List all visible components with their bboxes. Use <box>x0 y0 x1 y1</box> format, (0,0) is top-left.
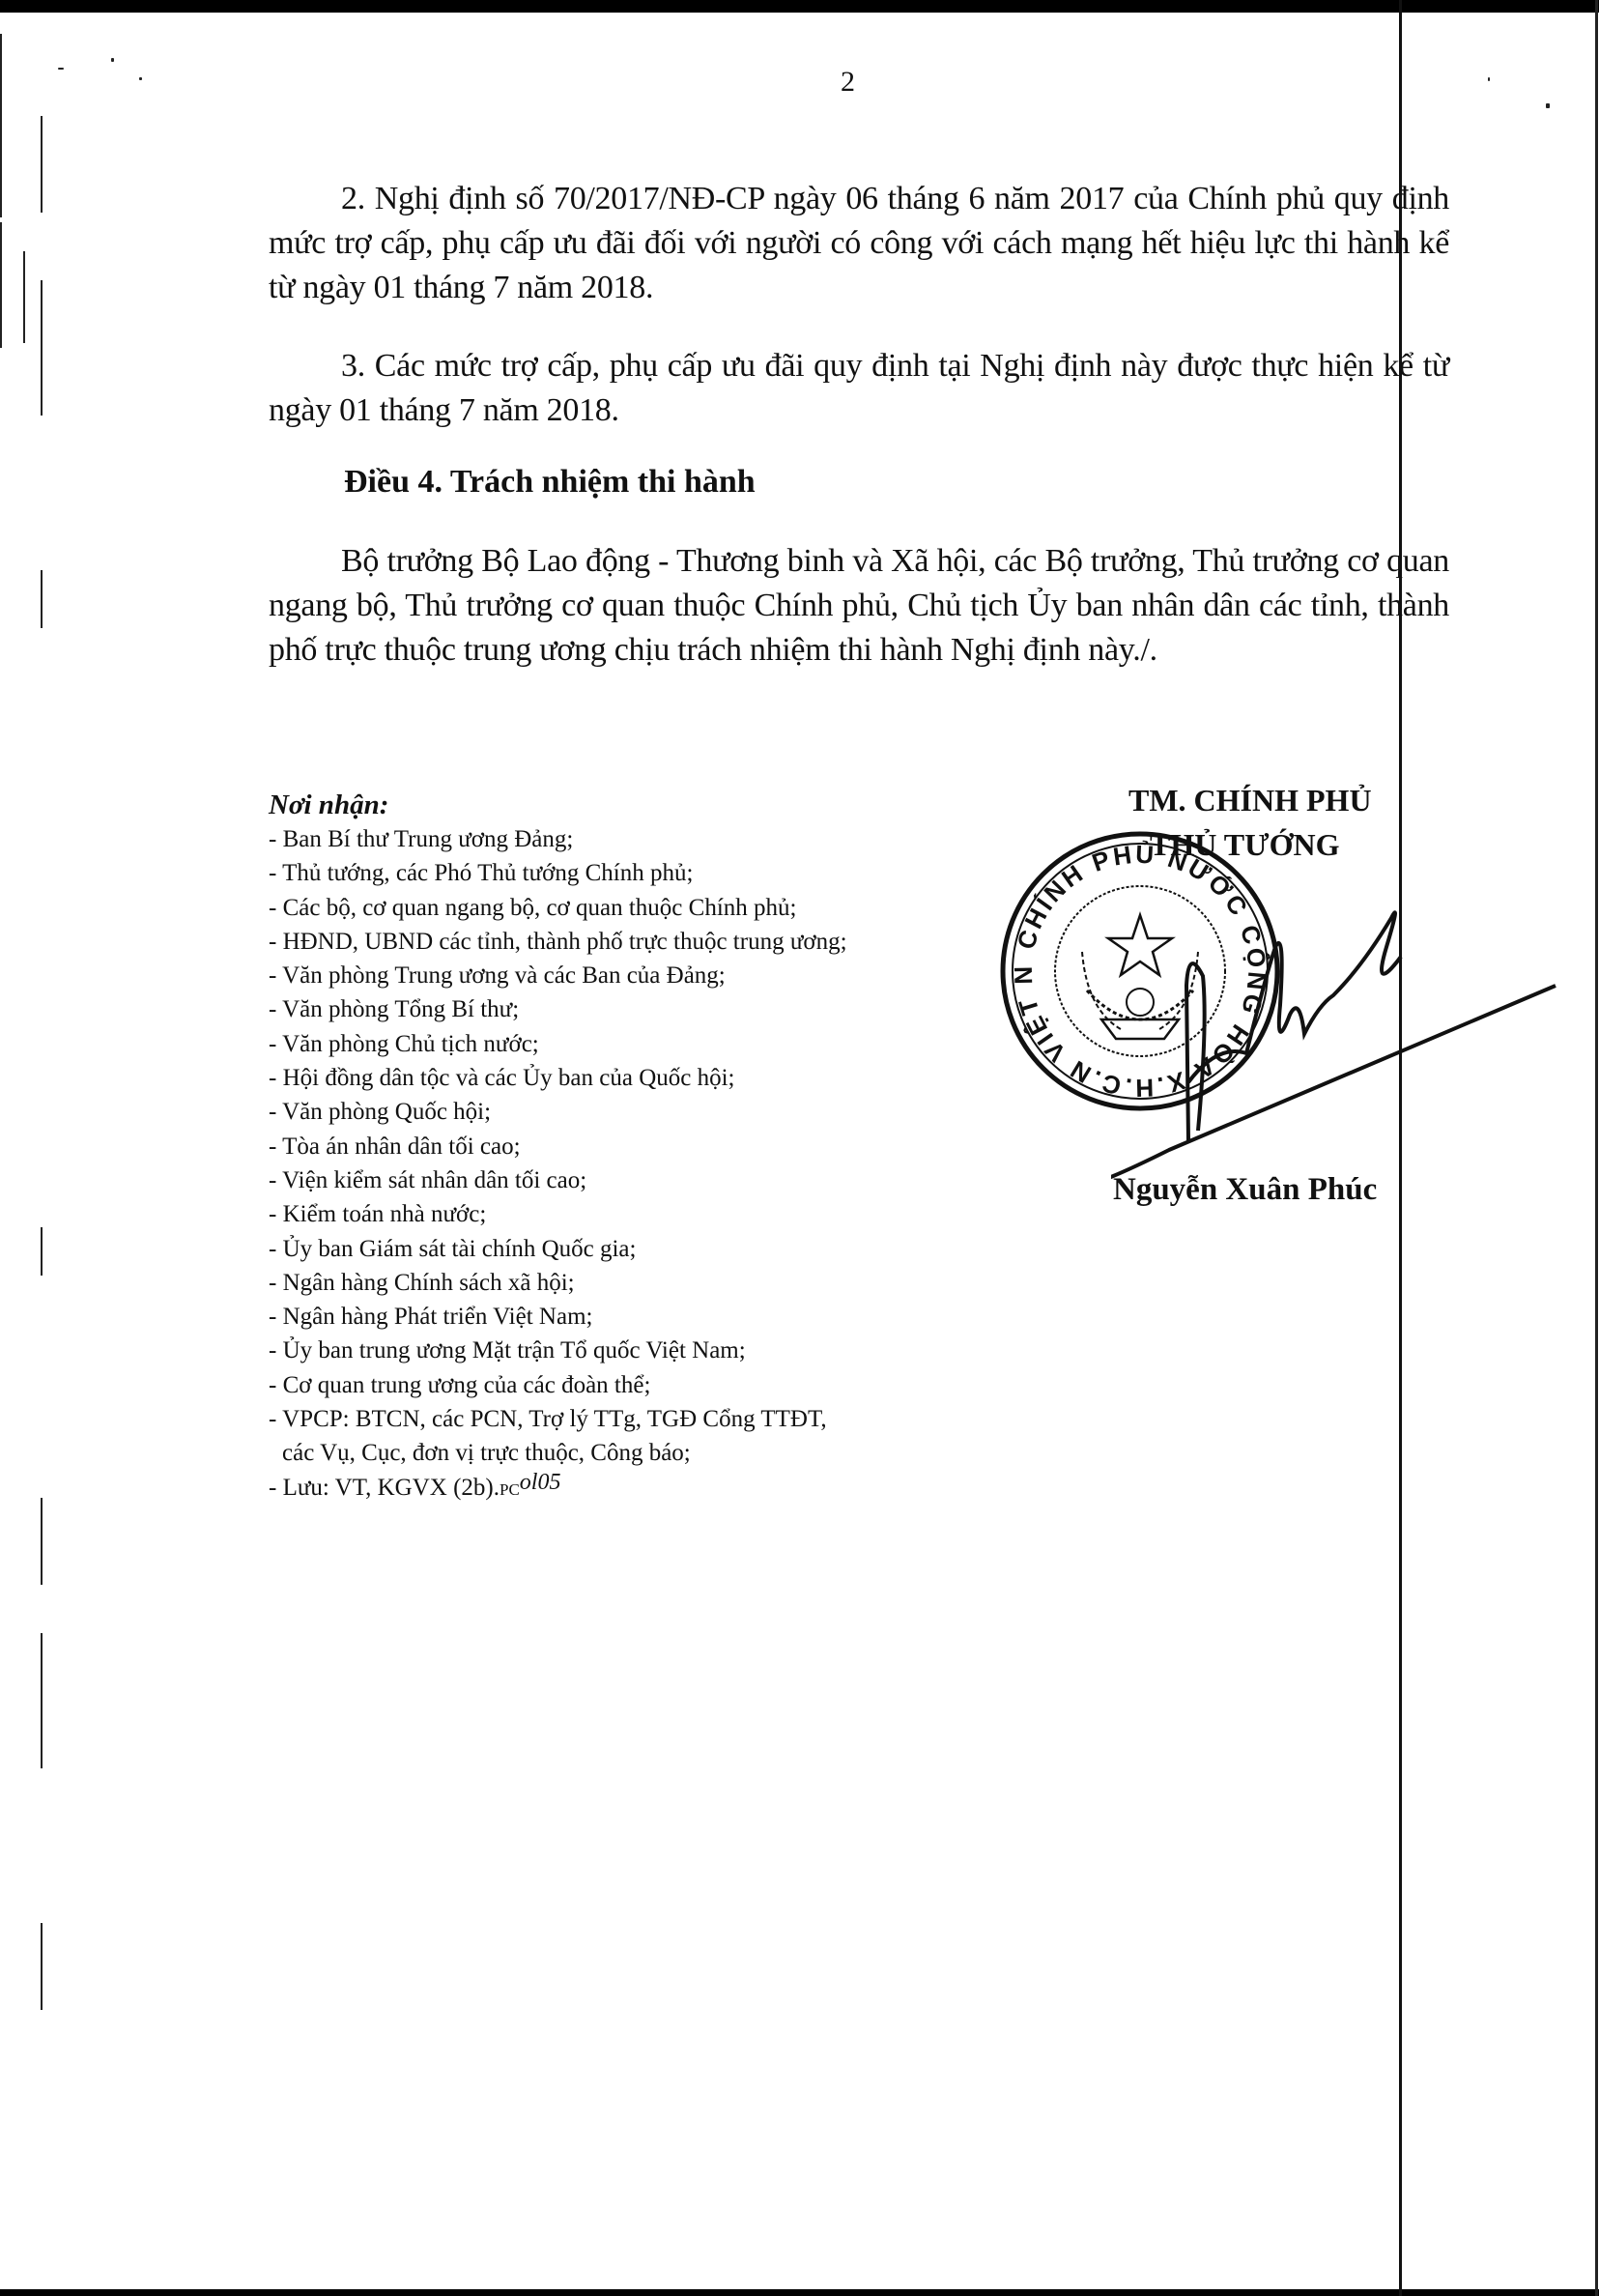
scan-speck <box>139 77 142 80</box>
list-item: - Văn phòng Trung ương và các Ban của Đả… <box>269 959 1003 992</box>
vpcp-line-1: - VPCP: BTCN, các PCN, Trợ lý TTg, TGĐ C… <box>269 1406 827 1432</box>
clause-3-text: 3. Các mức trợ cấp, phụ cấp ưu đãi quy đ… <box>269 348 1449 428</box>
signer-title: THỦ TƯỚNG <box>1150 827 1339 863</box>
clause-3: 3. Các mức trợ cấp, phụ cấp ưu đãi quy đ… <box>269 344 1449 433</box>
scan-edge-line <box>1595 0 1598 2296</box>
clause-2: 2. Nghị định số 70/2017/NĐ-CP ngày 06 th… <box>269 177 1449 310</box>
signer-organization: TM. CHÍNH PHỦ <box>1128 783 1372 818</box>
recipients-block: Nơi nhận: - Ban Bí thư Trung ương Đảng; … <box>269 788 1003 1507</box>
list-item: - Ngân hàng Chính sách xã hội; <box>269 1266 1003 1300</box>
list-item: - HĐND, UBND các tỉnh, thành phố trực th… <box>269 925 1003 959</box>
list-item: - Thủ tướng, các Phó Thủ tướng Chính phủ… <box>269 856 1003 890</box>
list-item: - Tòa án nhân dân tối cao; <box>269 1130 1003 1163</box>
vpcp-line-2: các Vụ, Cục, đơn vị trực thuộc, Công báo… <box>269 1436 1003 1470</box>
list-item: - Ban Bí thư Trung ương Đảng; <box>269 822 1003 856</box>
article-4-body: Bộ trưởng Bộ Lao động - Thương binh và X… <box>269 539 1449 673</box>
recipients-title: Nơi nhận: <box>269 788 1003 822</box>
clause-2-text: 2. Nghị định số 70/2017/NĐ-CP ngày 06 th… <box>269 181 1449 305</box>
list-item: - Các bộ, cơ quan ngang bộ, cơ quan thuộ… <box>269 891 1003 925</box>
archive-handwritten-number: ol05 <box>520 1470 561 1495</box>
list-item-vpcp: - VPCP: BTCN, các PCN, Trợ lý TTg, TGĐ C… <box>269 1402 1003 1471</box>
archive-text: - Lưu: VT, KGVX (2b). <box>269 1475 500 1501</box>
scan-speck <box>1488 77 1490 81</box>
list-item: - Văn phòng Chủ tịch nước; <box>269 1027 1003 1061</box>
article-4-heading: Điều 4. Trách nhiệm thi hành <box>344 464 756 501</box>
scan-speck <box>1546 103 1550 108</box>
scan-border-bottom <box>0 2289 1599 2296</box>
handwritten-signature-icon <box>1111 889 1565 1198</box>
recipients-list: - Ban Bí thư Trung ương Đảng; - Thủ tướn… <box>269 822 1003 1507</box>
list-item: - Ngân hàng Phát triển Việt Nam; <box>269 1300 1003 1334</box>
signer-name: Nguyễn Xuân Phúc <box>1113 1172 1377 1208</box>
list-item: - Ủy ban Giám sát tài chính Quốc gia; <box>269 1232 1003 1266</box>
article-4-text: Bộ trưởng Bộ Lao động - Thương binh và X… <box>269 543 1449 668</box>
archive-code: PC <box>500 1480 520 1499</box>
scan-margin-marks <box>0 29 58 2252</box>
scan-border-top <box>0 0 1599 13</box>
list-item: - Hội đồng dân tộc và các Ủy ban của Quố… <box>269 1061 1003 1095</box>
list-item: - Văn phòng Quốc hội; <box>269 1095 1003 1129</box>
list-item: - Kiểm toán nhà nước; <box>269 1197 1003 1231</box>
list-item: - Ủy ban trung ương Mặt trận Tổ quốc Việ… <box>269 1334 1003 1367</box>
list-item: - Viện kiểm sát nhân dân tối cao; <box>269 1163 1003 1197</box>
list-item: - Cơ quan trung ương của các đoàn thể; <box>269 1368 1003 1402</box>
scan-speck <box>111 58 114 62</box>
list-item: - Văn phòng Tổng Bí thư; <box>269 992 1003 1026</box>
page-number: 2 <box>841 66 855 99</box>
list-item-archive: - Lưu: VT, KGVX (2b).PCol05 <box>269 1471 1003 1507</box>
scan-speck <box>58 68 64 70</box>
